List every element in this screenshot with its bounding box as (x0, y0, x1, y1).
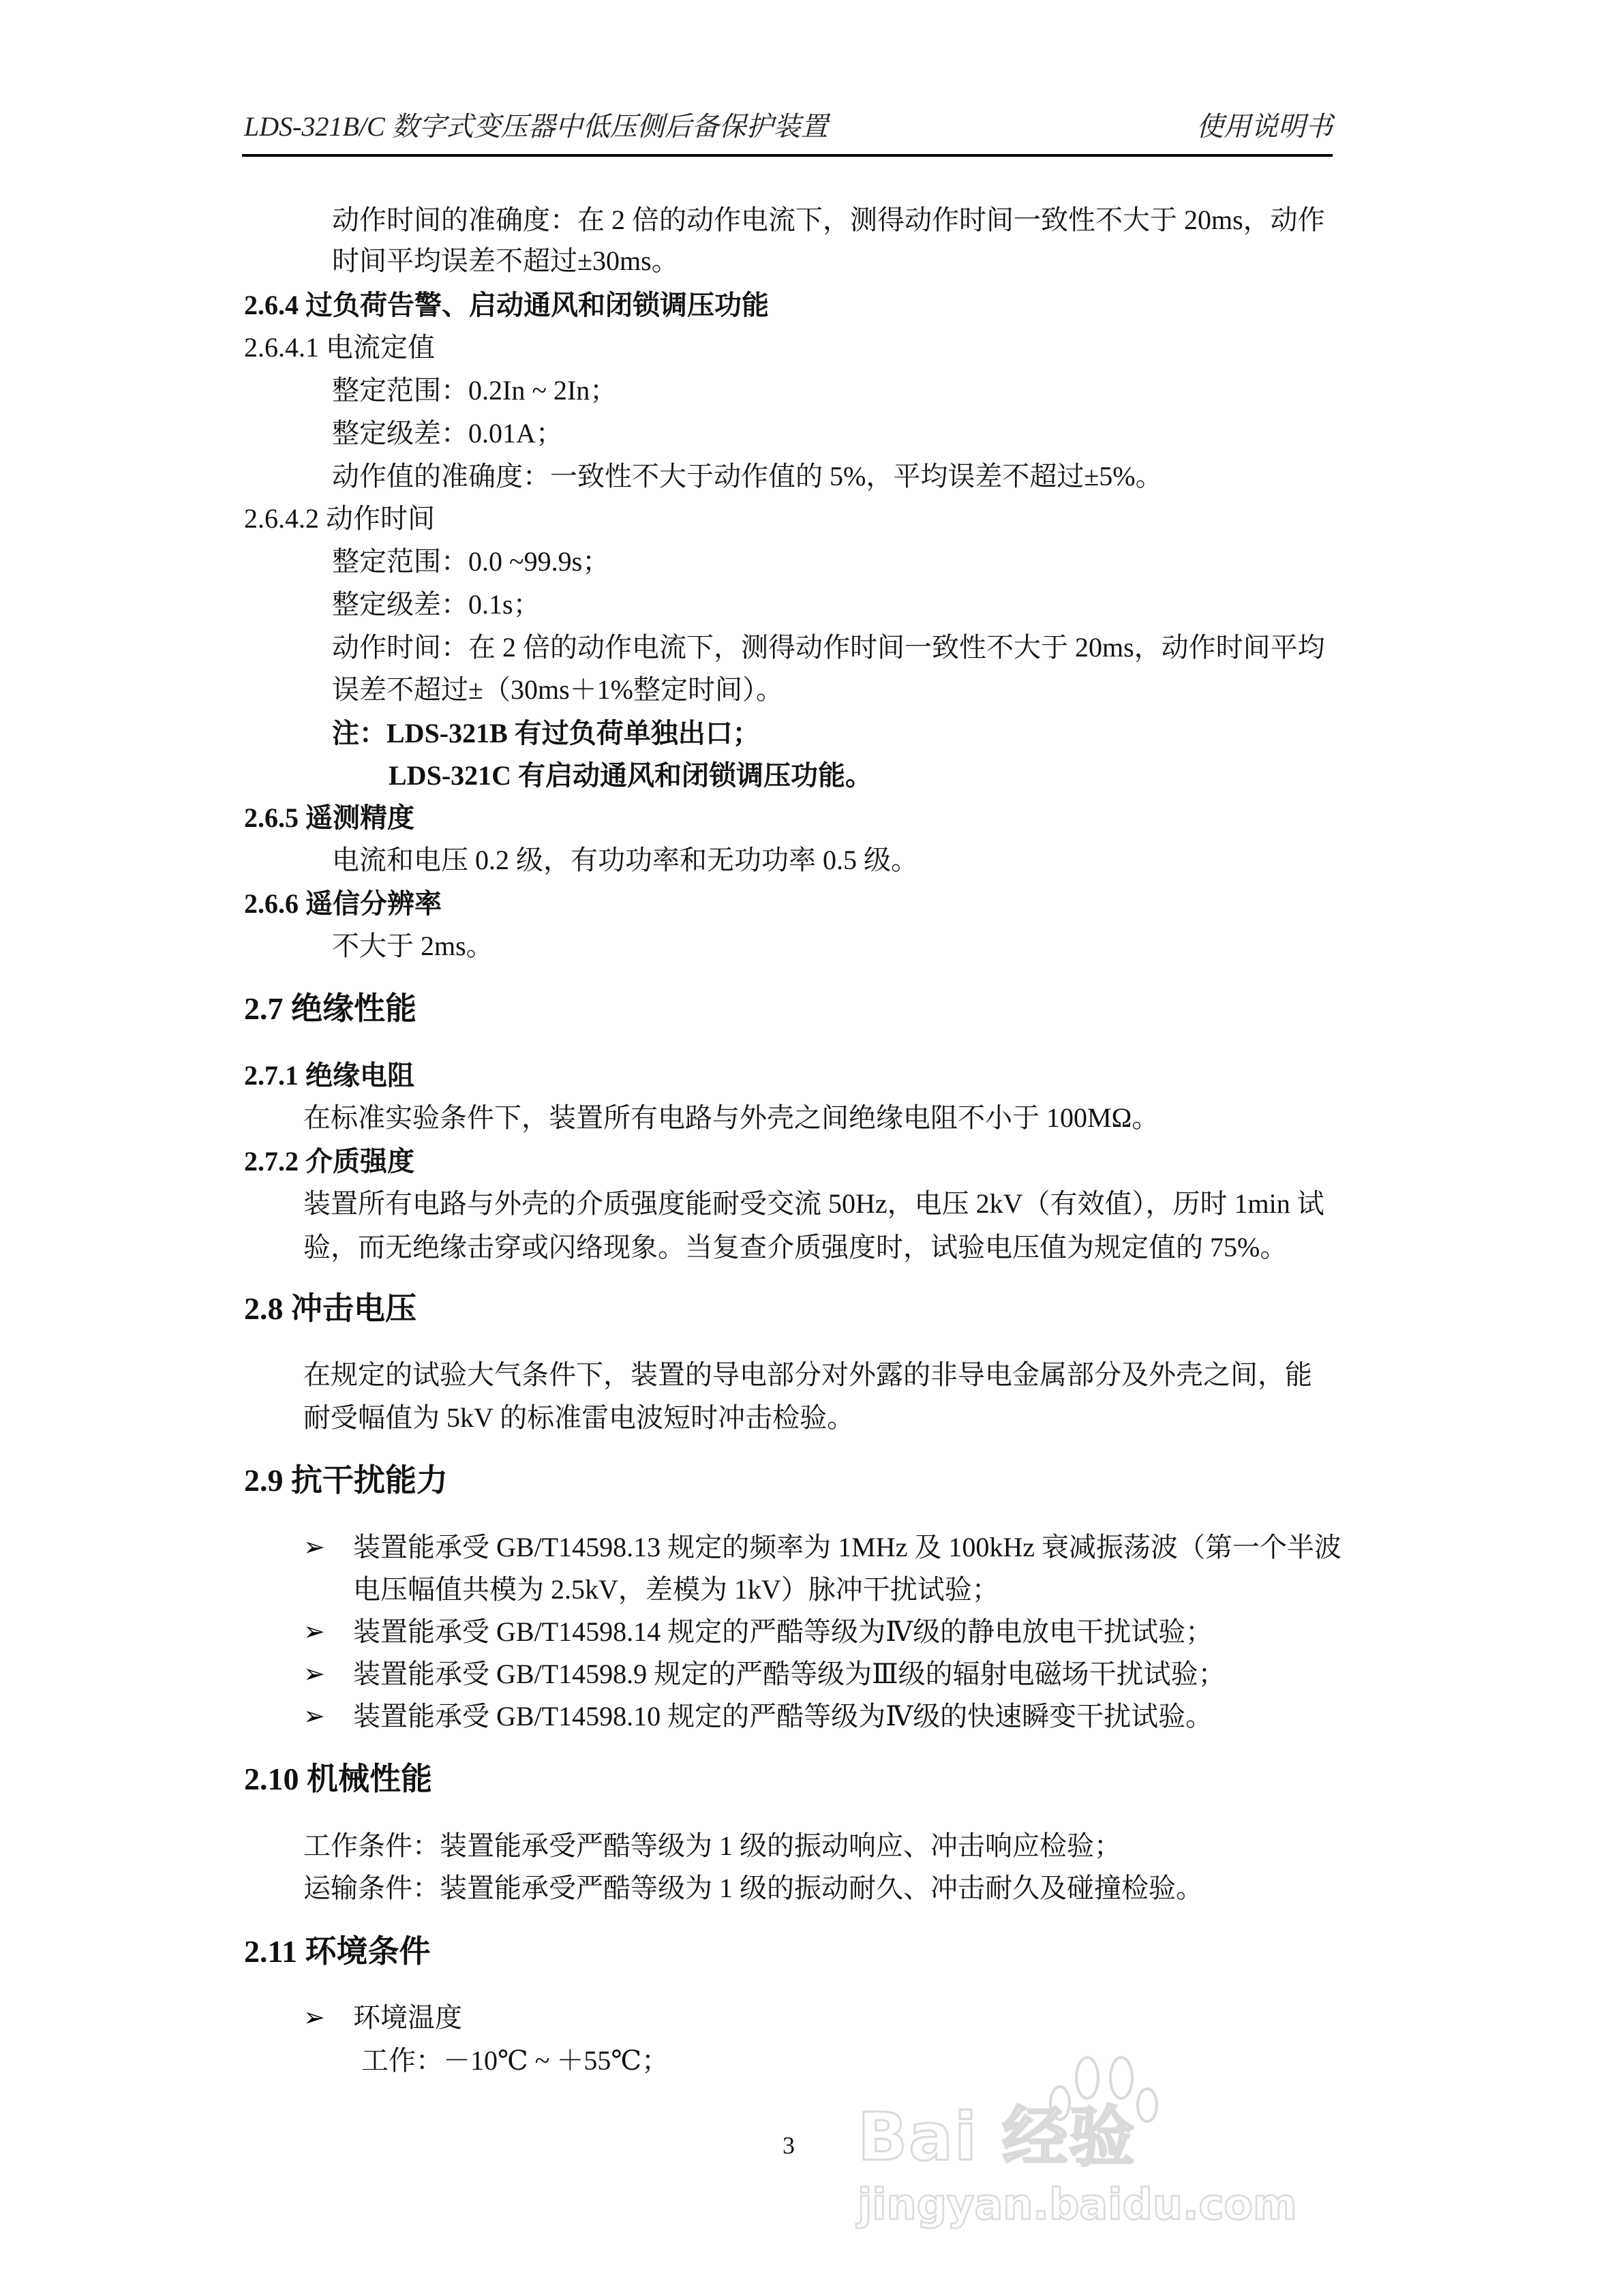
section-heading-2-10: 2.10 机械性能 (244, 1759, 432, 1800)
body-text: 时间平均误差不超过±30ms。 (332, 241, 679, 282)
body-text: 装置所有电路与外壳的介质强度能耐受交流 50Hz，电压 2kV（有效值），历时 … (303, 1183, 1324, 1224)
section-heading-2-8: 2.8 冲击电压 (244, 1288, 416, 1329)
body-text: 整定范围：0.0 ~99.9s； (332, 541, 609, 582)
subsection-heading-2-6-6: 2.6.6 遥信分辨率 (244, 883, 442, 924)
arrow-bullet-icon: ➢ (303, 1696, 325, 1737)
baidu-jingyan-watermark: Bai 经验 jingyan.baidu.com (858, 2052, 1532, 2236)
arrow-bullet-icon: ➢ (303, 1612, 325, 1652)
subsection-heading-2-6-4: 2.6.4 过负荷告警、启动通风和闭锁调压功能 (244, 285, 769, 326)
body-text: 动作时间：在 2 倍的动作电流下，测得动作时间一致性不大于 20ms，动作时间平… (332, 627, 1325, 668)
body-text: 动作值的准确度：一致性不大于动作值的 5%，平均误差不超过±5%。 (332, 456, 1163, 497)
body-text: 整定级差：0.1s； (332, 584, 541, 625)
section-heading-2-9: 2.9 抗干扰能力 (244, 1460, 448, 1501)
subsection-heading-2-6-5: 2.6.5 遥测精度 (244, 798, 414, 839)
header-rule (242, 154, 1333, 157)
body-text: 工作：－10℃ ~ ＋55℃； (361, 2040, 669, 2081)
body-text: 不大于 2ms。 (332, 926, 494, 967)
section-heading-2-11: 2.11 环境条件 (244, 1931, 430, 1972)
body-text: 耐受幅值为 5kV 的标准雷电波短时冲击检验。 (303, 1398, 854, 1438)
body-text: 误差不超过±（30ms＋1%整定时间）。 (332, 669, 783, 710)
subsubsection-heading-2-6-4-2: 2.6.4.2 动作时间 (244, 498, 435, 539)
list-item: 装置能承受 GB/T14598.10 规定的严酷等级为Ⅳ级的快速瞬变干扰试验。 (353, 1696, 1213, 1737)
list-item-continuation: 电压幅值共模为 2.5kV，差模为 1kV）脉冲干扰试验； (353, 1569, 999, 1610)
document-page: LDS-321B/C 数字式变压器中低压侧后备保护装置 使用说明书 动作时间的准… (0, 0, 1623, 2296)
arrow-bullet-icon: ➢ (303, 1527, 325, 1568)
note-text: 注：LDS-321B 有过负荷单独出口； (332, 713, 760, 754)
page-header: LDS-321B/C 数字式变压器中低压侧后备保护装置 使用说明书 (244, 108, 1333, 155)
body-text: 在标准实验条件下，装置所有电路与外壳之间绝缘电阻不小于 100MΩ。 (303, 1098, 1159, 1138)
watermark-brand: Bai 经验 (858, 2100, 1136, 2175)
body-text: 电流和电压 0.2 级，有功功率和无功功率 0.5 级。 (332, 840, 918, 881)
header-document-title: LDS-321B/C 数字式变压器中低压侧后备保护装置 (244, 108, 828, 146)
note-text: LDS-321C 有启动通风和闭锁调压功能。 (389, 755, 873, 796)
watermark-url: jingyan.baidu.com (858, 2179, 1296, 2231)
header-document-type: 使用说明书 (1196, 108, 1333, 146)
page-number: 3 (783, 2128, 795, 2162)
subsection-heading-2-7-1: 2.7.1 绝缘电阻 (244, 1055, 414, 1096)
section-heading-2-7: 2.7 绝缘性能 (244, 988, 416, 1029)
subsubsection-heading-2-6-4-1: 2.6.4.1 电流定值 (244, 327, 435, 368)
list-item: 装置能承受 GB/T14598.9 规定的严酷等级为Ⅲ级的辐射电磁场干扰试验； (353, 1654, 1226, 1695)
body-text: 工作条件：装置能承受严酷等级为 1 级的振动响应、冲击响应检验； (303, 1826, 1121, 1867)
arrow-bullet-icon: ➢ (303, 1997, 325, 2038)
body-text: 验，而无绝缘击穿或闪络现象。当复查介质强度时，试验电压值为规定值的 75%。 (303, 1227, 1287, 1268)
list-item: 装置能承受 GB/T14598.13 规定的频率为 1MHz 及 100kHz … (353, 1527, 1341, 1568)
subsection-heading-2-7-2: 2.7.2 介质强度 (244, 1141, 414, 1182)
arrow-bullet-icon: ➢ (303, 1654, 325, 1695)
list-item: 装置能承受 GB/T14598.14 规定的严酷等级为Ⅳ级的静电放电干扰试验； (353, 1612, 1213, 1652)
body-text: 整定级差：0.01A； (332, 413, 563, 454)
body-text: 整定范围：0.2In ~ 2In； (332, 370, 617, 411)
body-text: 动作时间的准确度：在 2 倍的动作电流下，测得动作时间一致性不大于 20ms，动… (332, 200, 1325, 241)
body-text: 运输条件：装置能承受严酷等级为 1 级的振动耐久、冲击耐久及碰撞检验。 (303, 1868, 1203, 1909)
list-item: 环境温度 (353, 1997, 462, 2038)
body-text: 在规定的试验大气条件下，装置的导电部分对外露的非导电金属部分及外壳之间，能 (303, 1355, 1312, 1395)
